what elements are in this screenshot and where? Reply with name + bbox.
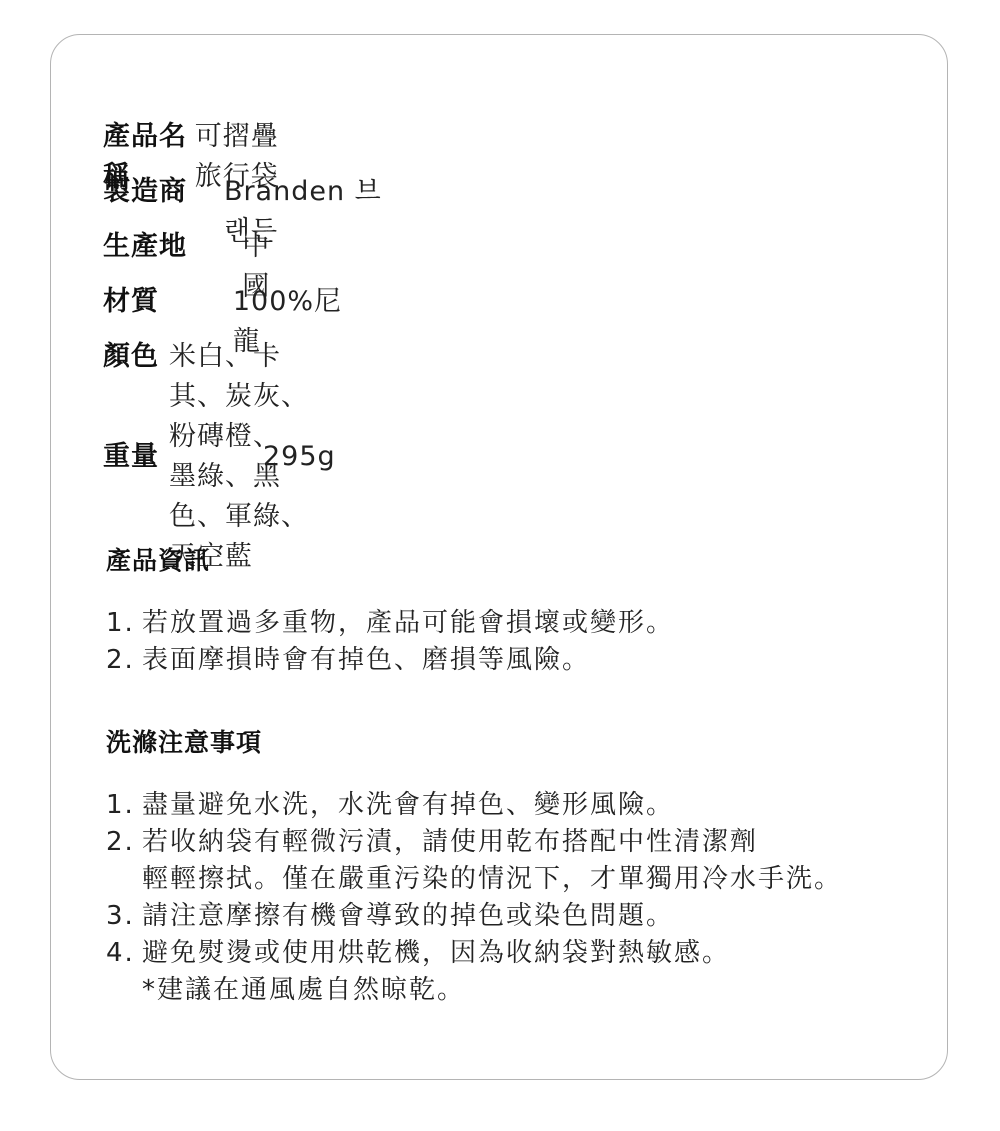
product-info-list: 1. 若放置過多重物，產品可能會損壞或變形。 2. 表面摩損時會有掉色、磨損等風… [106, 605, 674, 679]
care-list: 1. 盡量避免水洗，水洗會有掉色、變形風險。 2. 若收納袋有輕微污漬，請使用乾… [106, 787, 842, 1009]
spec-label-material: 材質 [103, 282, 233, 322]
list-item: 1. 盡量避免水洗，水洗會有掉色、變形風險。 [106, 787, 842, 824]
list-item: 2. 表面摩損時會有掉色、磨損等風險。 [106, 642, 674, 679]
item-text: 請注意摩擦有機會導致的掉色或染色問題。 [142, 898, 674, 935]
product-spec-card: 產品名稱 可摺疊旅行袋 製造商 Branden 브랜든 生產地 中國 材質 10… [50, 34, 948, 1080]
spec-row-weight: 重量 295g [103, 437, 336, 477]
spec-label-color: 顏色 [103, 337, 169, 377]
item-line: 避免熨燙或使用烘乾機，因為收納袋對熱敏感。 [142, 935, 730, 972]
list-item: 2. 若收納袋有輕微污漬，請使用乾布搭配中性清潔劑 輕輕擦拭。僅在嚴重污染的情況… [106, 824, 842, 898]
product-info-section: 產品資訊 1. 若放置過多重物，產品可能會損壞或變形。 2. 表面摩損時會有掉色… [106, 543, 674, 679]
spec-label-weight: 重量 [103, 437, 263, 477]
item-line: 盡量避免水洗，水洗會有掉色、變形風險。 [142, 787, 674, 824]
item-text: 盡量避免水洗，水洗會有掉色、變形風險。 [142, 787, 674, 824]
item-number: 2. [106, 824, 142, 898]
list-item: 1. 若放置過多重物，產品可能會損壞或變形。 [106, 605, 674, 642]
item-number: 4. [106, 935, 142, 1009]
item-number: 1. [106, 605, 142, 642]
spec-value-weight: 295g [263, 437, 336, 477]
item-number: 2. [106, 642, 142, 679]
item-text: 若收納袋有輕微污漬，請使用乾布搭配中性清潔劑 輕輕擦拭。僅在嚴重污染的情況下，才… [142, 824, 842, 898]
item-number: 3. [106, 898, 142, 935]
list-item: 4. 避免熨燙或使用烘乾機，因為收納袋對熱敏感。 *建議在通風處自然晾乾。 [106, 935, 842, 1009]
item-line: 輕輕擦拭。僅在嚴重污染的情況下，才單獨用冷水手洗。 [142, 861, 842, 898]
item-line: *建議在通風處自然晾乾。 [142, 972, 730, 1009]
item-number: 1. [106, 787, 142, 824]
spec-label-maker: 製造商 [103, 172, 224, 212]
list-item: 3. 請注意摩擦有機會導致的掉色或染色問題。 [106, 898, 842, 935]
care-title: 洗滌注意事項 [106, 725, 842, 761]
spec-label-origin: 生產地 [103, 227, 242, 267]
item-text: 若放置過多重物，產品可能會損壞或變形。 [142, 605, 674, 642]
product-info-title: 產品資訊 [106, 543, 674, 579]
care-section: 洗滌注意事項 1. 盡量避免水洗，水洗會有掉色、變形風險。 2. 若收納袋有輕微… [106, 725, 842, 1009]
item-line: 若放置過多重物，產品可能會損壞或變形。 [142, 605, 674, 642]
item-line: 若收納袋有輕微污漬，請使用乾布搭配中性清潔劑 [142, 824, 842, 861]
item-text: 表面摩損時會有掉色、磨損等風險。 [142, 642, 590, 679]
item-line: 請注意摩擦有機會導致的掉色或染色問題。 [142, 898, 674, 935]
item-text: 避免熨燙或使用烘乾機，因為收納袋對熱敏感。 *建議在通風處自然晾乾。 [142, 935, 730, 1009]
item-line: 表面摩損時會有掉色、磨損等風險。 [142, 642, 590, 679]
